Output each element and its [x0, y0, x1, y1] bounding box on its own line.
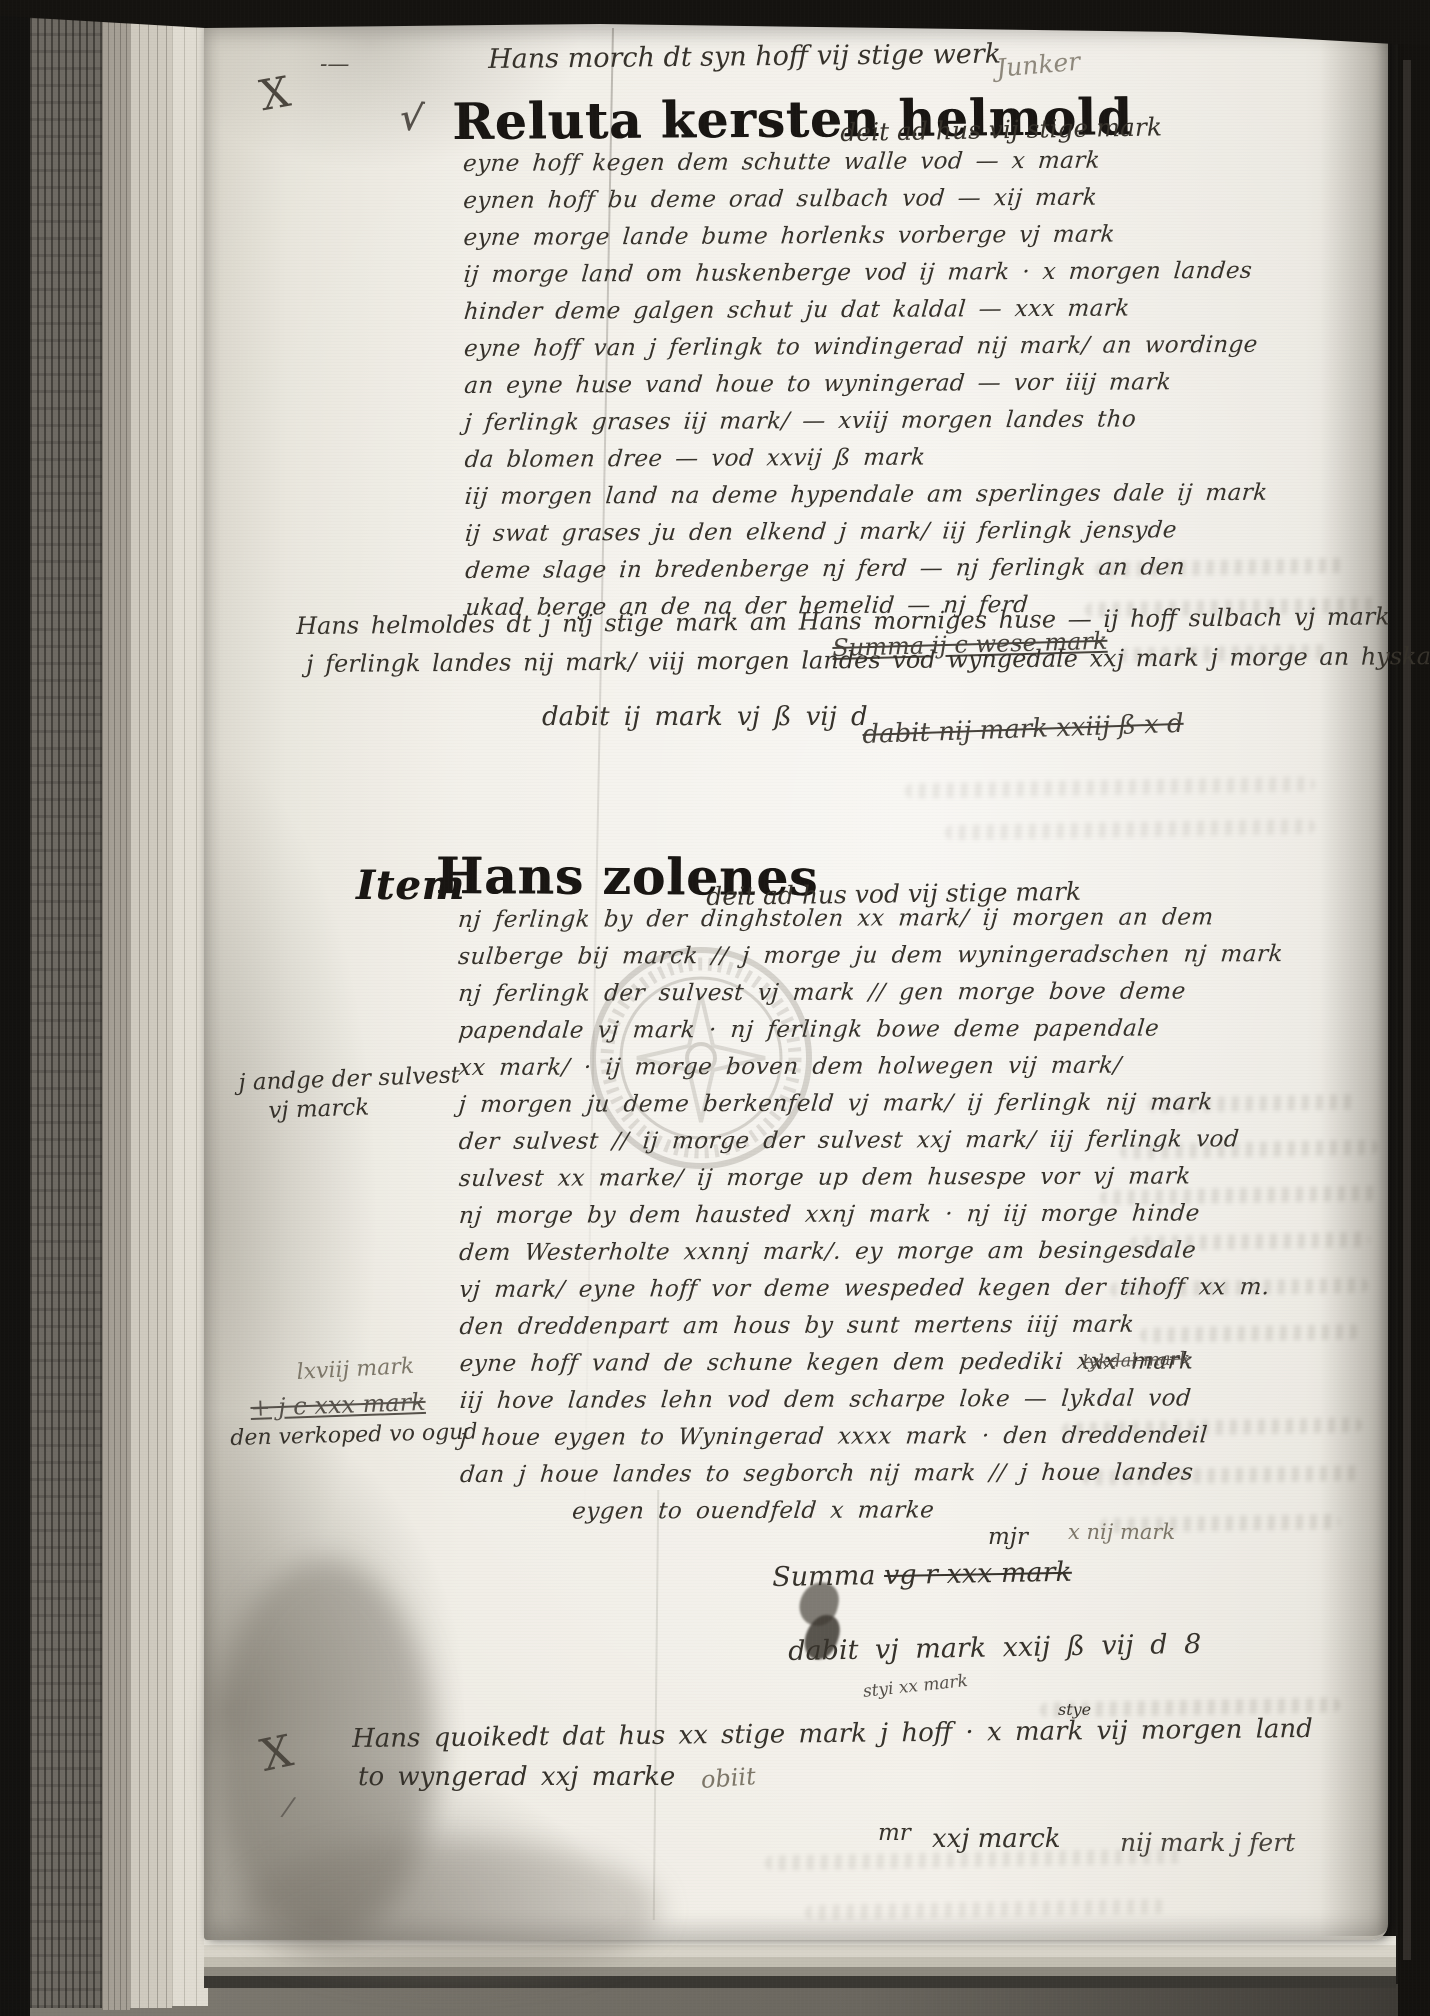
manuscript-line: sulvest xx marke/ ij morge up dem husesp…	[457, 1158, 1285, 1198]
entry2-text-block: nj ferlingk by der dinghstolen xx mark/ …	[458, 899, 1285, 1531]
manuscript-line: deme slage in bredenberge nj ferd — nj f…	[464, 549, 1270, 590]
manuscript-line: da blomen dree — vod xxvij ß mark	[463, 438, 1269, 479]
manuscript-line: iij morgen land na deme hypendale am spe…	[463, 475, 1269, 516]
entry2-summa-line: Summa vg r xxx mark	[772, 1557, 1072, 1593]
manuscript-line: nj ferlingk der sulvest vj mark // gen m…	[457, 973, 1285, 1013]
page-curl-shadow	[1320, 24, 1390, 1936]
manuscript-line: sulberge bij marck // j morge ju dem wyn…	[457, 936, 1285, 976]
manuscript-line: den dreddenpart am hous by sunt mertens …	[458, 1306, 1286, 1346]
manuscript-line: j morgen ju deme berkenfeld vj mark/ ij …	[457, 1084, 1285, 1124]
manuscript-line: ij morge land om huskenberge vod ij mark…	[462, 253, 1268, 294]
page-stack-edge	[30, 8, 102, 2008]
manuscript-line: papendale vj mark · nj ferlingk bowe dem…	[457, 1010, 1285, 1050]
entry2-sum-superscript-right: x nij mark	[1068, 1520, 1175, 1544]
manuscript-line: eyne hoff kegen dem schutte walle vod — …	[462, 142, 1268, 183]
manuscript-line: eyne morge lande bume horlenks vorberge …	[462, 216, 1268, 257]
entry1-dabit: dabit ij mark vj ß vij d	[542, 702, 868, 732]
facing-page-edge	[1403, 60, 1411, 1960]
book-gutter-shadow	[0, 0, 30, 2016]
table-surface	[0, 1984, 1430, 2016]
manuscript-line: nj ferlingk by der dinghstolen xx mark/ …	[457, 899, 1285, 939]
manuscript-line: eyne hoff van j ferlingk to windingerad …	[463, 327, 1269, 368]
manuscript-line: ij swat grases ju den elkend j mark/ iij…	[464, 512, 1270, 553]
manuscript-line: der sulvest // ij morge der sulvest xxj …	[457, 1121, 1285, 1161]
entry2-sum-superscript: mjr	[988, 1524, 1028, 1550]
manuscript-line: eynen hoff bu deme orad sulbach vod — xi…	[462, 179, 1268, 220]
manuscript-line: eygen to ouendfeld x marke	[571, 1491, 1287, 1530]
manuscript-line: j houe eygen to Wyningerad xxxx mark · d…	[458, 1417, 1286, 1457]
manuscript-line: dem Westerholte xxnnj mark/. ey morge am…	[458, 1232, 1286, 1272]
manuscript-line: xx mark/ · ij morge boven dem holwegen v…	[457, 1047, 1285, 1087]
header-line: Hans morch dt syn hoff vij stige werk	[488, 39, 1001, 75]
entry3-sum: xxj marck	[932, 1824, 1061, 1854]
check-mark: √	[398, 96, 426, 140]
manuscript-line: nj morge by dem hausted xxnj mark · nj i…	[458, 1195, 1286, 1235]
entry2-margin-note: vj marck	[268, 1094, 370, 1124]
entry1-text-block: eyne hoff kegen dem schutte walle vod — …	[463, 142, 1268, 627]
damp-stain	[240, 1840, 660, 1980]
manuscript-line: iij hove landes lehn vod dem scharpe lok…	[458, 1380, 1286, 1420]
page-stack-edge	[130, 18, 172, 2008]
margin-dash-mark: -—	[320, 52, 349, 77]
page-stack-edge	[102, 14, 130, 2010]
manuscript-line: j ferlingk grases iij mark/ — xviij morg…	[463, 401, 1269, 442]
entry3-sum-prefix: mr	[878, 1820, 911, 1846]
page-stack-edge	[172, 22, 208, 2006]
entry3-note-obiit: obiit	[700, 1762, 757, 1794]
manuscript-line: an eyne huse vand houe to wyningerad — v…	[463, 364, 1269, 405]
summa-word: Summa	[772, 1560, 876, 1593]
manuscript-line: dan j houe landes to segborch nij mark /…	[458, 1454, 1286, 1494]
entry2-interlinear-struck: lykdal mark	[1082, 1348, 1191, 1373]
manuscript-photo: X -— √ Junker Hans morch dt syn hoff vij…	[0, 0, 1430, 2016]
entry3-sum-right: nij mark j fert	[1120, 1828, 1295, 1857]
manuscript-line: vj mark/ eyne hoff vor deme wespeded keg…	[458, 1269, 1286, 1309]
summa-value-struck: vg r xxx mark	[884, 1557, 1072, 1591]
entry3-line2: to wyngerad xxj marke	[358, 1762, 675, 1792]
manuscript-line: hinder deme galgen schut ju dat kaldal —…	[462, 290, 1268, 331]
